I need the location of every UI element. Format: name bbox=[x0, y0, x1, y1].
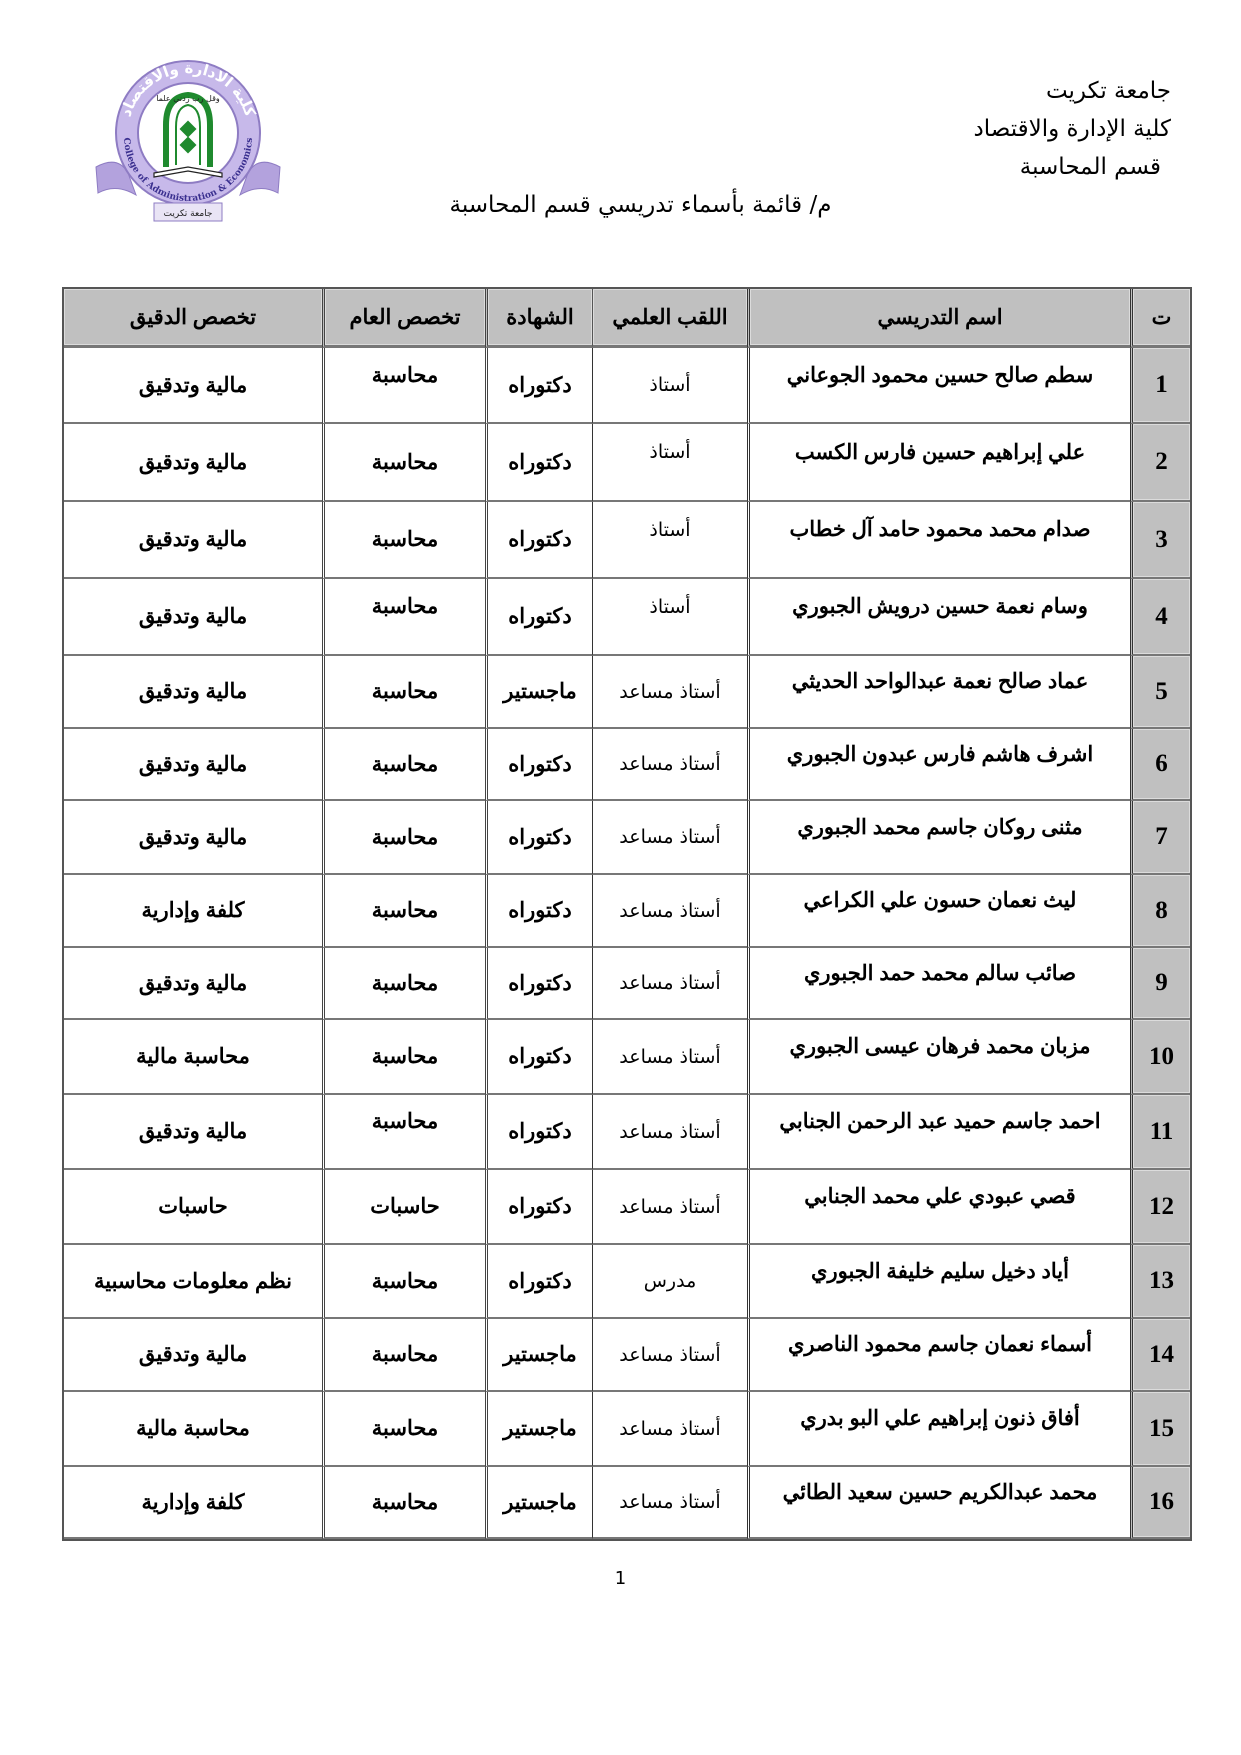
teacher-name: مزبان محمد فرهان عيسى الجبوري bbox=[747, 1020, 1130, 1095]
general-specialization-text: محاسبة bbox=[372, 528, 438, 551]
row-number: 10 bbox=[1130, 1020, 1190, 1095]
academic-title-text: أستاذ مساعد bbox=[619, 1046, 720, 1068]
fine-specialization: نظم معلومات محاسبية bbox=[64, 1245, 322, 1319]
degree-text: ماجستير bbox=[503, 1343, 577, 1366]
academic-title-text: أستاذ مساعد bbox=[619, 753, 720, 775]
general-specialization: محاسبة bbox=[322, 1467, 485, 1539]
letterhead: جامعة تكريت كلية الإدارة والاقتصاد قسم ا… bbox=[851, 72, 1171, 186]
header-no: ت bbox=[1130, 289, 1190, 348]
degree-text: دكتوراه bbox=[508, 1270, 572, 1293]
academic-title-text: أستاذ bbox=[649, 519, 690, 541]
academic-title: أستاذ مساعد bbox=[592, 1392, 747, 1467]
general-specialization-text: محاسبة bbox=[372, 899, 438, 922]
fine-specialization: مالية وتدقيق bbox=[64, 1095, 322, 1170]
row-number-text: 13 bbox=[1149, 1267, 1174, 1294]
page-number: 1 bbox=[0, 1568, 1241, 1589]
degree: دكتوراه bbox=[485, 1020, 592, 1095]
academic-title: أستاذ مساعد bbox=[592, 1095, 747, 1170]
general-specialization: محاسبة bbox=[322, 1020, 485, 1095]
table-row: 2علي إبراهيم حسين فارس الكسبأستاذدكتوراه… bbox=[64, 424, 1190, 502]
row-number: 4 bbox=[1130, 579, 1190, 656]
row-number-text: 12 bbox=[1149, 1193, 1174, 1220]
academic-title-text: أستاذ مساعد bbox=[619, 1344, 720, 1366]
academic-title: أستاذ مساعد bbox=[592, 801, 747, 875]
table-row: 7مثنى روكان جاسم محمد الجبوريأستاذ مساعد… bbox=[64, 801, 1190, 875]
row-number-text: 15 bbox=[1149, 1415, 1174, 1442]
table-header-row: ت اسم التدريسي اللقب العلمي الشهادة تخصص… bbox=[64, 289, 1190, 348]
general-specialization: محاسبة bbox=[322, 1095, 485, 1170]
fine-specialization-text: محاسبة مالية bbox=[136, 1045, 250, 1068]
row-number: 11 bbox=[1130, 1095, 1190, 1170]
row-number: 6 bbox=[1130, 729, 1190, 801]
fine-specialization-text: مالية وتدقيق bbox=[139, 826, 247, 849]
row-number-text: 7 bbox=[1155, 823, 1168, 850]
teacher-name: اشرف هاشم فارس عبدون الجبوري bbox=[747, 729, 1130, 801]
teacher-name-text: ليث نعمان حسون علي الكراعي bbox=[804, 889, 1077, 912]
academic-title: أستاذ مساعد bbox=[592, 729, 747, 801]
general-specialization-text: محاسبة bbox=[372, 680, 438, 703]
fine-specialization-text: مالية وتدقيق bbox=[139, 605, 247, 628]
general-specialization-text: محاسبة bbox=[372, 1110, 438, 1133]
teacher-name-text: علي إبراهيم حسين فارس الكسب bbox=[795, 441, 1085, 464]
fine-specialization: مالية وتدقيق bbox=[64, 729, 322, 801]
fine-specialization-text: مالية وتدقيق bbox=[139, 680, 247, 703]
general-specialization-text: محاسبة bbox=[372, 1417, 438, 1440]
header-name: اسم التدريسي bbox=[747, 289, 1130, 348]
degree: دكتوراه bbox=[485, 348, 592, 424]
general-specialization: محاسبة bbox=[322, 1319, 485, 1392]
row-number: 8 bbox=[1130, 875, 1190, 948]
row-number: 16 bbox=[1130, 1467, 1190, 1539]
teacher-name-text: اشرف هاشم فارس عبدون الجبوري bbox=[787, 743, 1093, 766]
general-specialization: محاسبة bbox=[322, 579, 485, 656]
academic-title-text: أستاذ bbox=[649, 374, 690, 396]
fine-specialization: مالية وتدقيق bbox=[64, 348, 322, 424]
general-specialization: محاسبة bbox=[322, 948, 485, 1020]
header-fine-specialization: تخصص الدقيق bbox=[64, 289, 322, 348]
academic-title-text: أستاذ bbox=[649, 596, 690, 618]
header-general-specialization: تخصص العام bbox=[322, 289, 485, 348]
teacher-name-text: وسام نعمة حسين درويش الجبوري bbox=[792, 595, 1088, 618]
degree-text: ماجستير bbox=[503, 680, 577, 703]
academic-title-text: أستاذ مساعد bbox=[619, 972, 720, 994]
general-specialization-text: محاسبة bbox=[372, 1491, 438, 1514]
teacher-name: احمد جاسم حميد عبد الرحمن الجنابي bbox=[747, 1095, 1130, 1170]
teacher-name: صائب سالم محمد حمد الجبوري bbox=[747, 948, 1130, 1020]
row-number-text: 14 bbox=[1149, 1341, 1174, 1368]
degree-text: دكتوراه bbox=[508, 605, 572, 628]
fine-specialization: محاسبة مالية bbox=[64, 1392, 322, 1467]
table-row: 5عماد صالح نعمة عبدالواحد الحديثيأستاذ م… bbox=[64, 656, 1190, 729]
degree: دكتوراه bbox=[485, 424, 592, 502]
row-number-text: 1 bbox=[1155, 371, 1168, 398]
table-row: 4وسام نعمة حسين درويش الجبوريأستاذدكتورا… bbox=[64, 579, 1190, 656]
teacher-name-text: مزبان محمد فرهان عيسى الجبوري bbox=[790, 1035, 1091, 1058]
row-number: 13 bbox=[1130, 1245, 1190, 1319]
teacher-name: محمد عبدالكريم حسين سعيد الطائي bbox=[747, 1467, 1130, 1539]
table-row: 11احمد جاسم حميد عبد الرحمن الجنابيأستاذ… bbox=[64, 1095, 1190, 1170]
row-number: 7 bbox=[1130, 801, 1190, 875]
table-row: 9صائب سالم محمد حمد الجبوريأستاذ مساعددك… bbox=[64, 948, 1190, 1020]
header-degree: الشهادة bbox=[485, 289, 592, 348]
fine-specialization: حاسبات bbox=[64, 1170, 322, 1245]
degree-text: دكتوراه bbox=[508, 1195, 572, 1218]
general-specialization-text: محاسبة bbox=[372, 595, 438, 618]
degree: دكتوراه bbox=[485, 502, 592, 579]
teacher-name: سطم صالح حسين محمود الجوعاني bbox=[747, 348, 1130, 424]
academic-title-text: أستاذ مساعد bbox=[619, 1418, 720, 1440]
degree-text: دكتوراه bbox=[508, 899, 572, 922]
degree: دكتوراه bbox=[485, 579, 592, 656]
row-number-text: 3 bbox=[1155, 526, 1168, 553]
teacher-name: أفاق ذنون إبراهيم علي البو بدري bbox=[747, 1392, 1130, 1467]
university-name: جامعة تكريت bbox=[851, 72, 1171, 110]
document-title: م/ قائمة بأسماء تدريسي قسم المحاسبة bbox=[0, 192, 1241, 218]
fine-specialization-text: محاسبة مالية bbox=[136, 1417, 250, 1440]
general-specialization: محاسبة bbox=[322, 502, 485, 579]
general-specialization-text: محاسبة bbox=[372, 753, 438, 776]
academic-title: مدرس bbox=[592, 1245, 747, 1319]
academic-title-text: أستاذ bbox=[649, 441, 690, 463]
teacher-name: علي إبراهيم حسين فارس الكسب bbox=[747, 424, 1130, 502]
row-number-text: 11 bbox=[1150, 1118, 1174, 1145]
degree-text: دكتوراه bbox=[508, 753, 572, 776]
fine-specialization-text: مالية وتدقيق bbox=[139, 1120, 247, 1143]
fine-specialization: مالية وتدقيق bbox=[64, 801, 322, 875]
fine-specialization-text: مالية وتدقيق bbox=[139, 753, 247, 776]
teacher-name-text: صائب سالم محمد حمد الجبوري bbox=[804, 962, 1076, 985]
fine-specialization-text: مالية وتدقيق bbox=[139, 374, 247, 397]
table-row: 3صدام محمد محمود حامد آل خطابأستاذدكتورا… bbox=[64, 502, 1190, 579]
academic-title: أستاذ bbox=[592, 502, 747, 579]
degree-text: دكتوراه bbox=[508, 826, 572, 849]
row-number: 2 bbox=[1130, 424, 1190, 502]
general-specialization-text: محاسبة bbox=[372, 364, 438, 387]
teacher-name-text: محمد عبدالكريم حسين سعيد الطائي bbox=[783, 1481, 1098, 1504]
fine-specialization: كلفة وإدارية bbox=[64, 875, 322, 948]
general-specialization: محاسبة bbox=[322, 424, 485, 502]
row-number-text: 10 bbox=[1149, 1043, 1174, 1070]
academic-title-text: أستاذ مساعد bbox=[619, 1196, 720, 1218]
degree: دكتوراه bbox=[485, 729, 592, 801]
degree-text: دكتوراه bbox=[508, 451, 572, 474]
teacher-name-text: عماد صالح نعمة عبدالواحد الحديثي bbox=[792, 670, 1089, 693]
teacher-name-text: سطم صالح حسين محمود الجوعاني bbox=[787, 364, 1093, 387]
fine-specialization: مالية وتدقيق bbox=[64, 502, 322, 579]
general-specialization: محاسبة bbox=[322, 801, 485, 875]
fine-specialization: مالية وتدقيق bbox=[64, 656, 322, 729]
teacher-name: ليث نعمان حسون علي الكراعي bbox=[747, 875, 1130, 948]
academic-title-text: أستاذ مساعد bbox=[619, 900, 720, 922]
svg-text:وقل رب زدني علما: وقل رب زدني علما bbox=[156, 94, 220, 103]
degree: دكتوراه bbox=[485, 948, 592, 1020]
general-specialization: محاسبة bbox=[322, 656, 485, 729]
degree: دكتوراه bbox=[485, 1095, 592, 1170]
teacher-name: صدام محمد محمود حامد آل خطاب bbox=[747, 502, 1130, 579]
degree-text: دكتوراه bbox=[508, 1120, 572, 1143]
degree-text: دكتوراه bbox=[508, 528, 572, 551]
department-name: قسم المحاسبة bbox=[851, 148, 1171, 186]
teacher-name-text: مثنى روكان جاسم محمد الجبوري bbox=[797, 816, 1082, 839]
degree-text: دكتوراه bbox=[508, 374, 572, 397]
academic-title: أستاذ مساعد bbox=[592, 656, 747, 729]
academic-title-text: أستاذ مساعد bbox=[619, 1491, 720, 1513]
table-row: 16محمد عبدالكريم حسين سعيد الطائيأستاذ م… bbox=[64, 1467, 1190, 1539]
table-row: 13أياد دخيل سليم خليفة الجبوريمدرسدكتورا… bbox=[64, 1245, 1190, 1319]
college-name: كلية الإدارة والاقتصاد bbox=[851, 110, 1171, 148]
row-number: 5 bbox=[1130, 656, 1190, 729]
general-specialization-text: حاسبات bbox=[370, 1195, 439, 1218]
fine-specialization: كلفة وإدارية bbox=[64, 1467, 322, 1539]
degree: ماجستير bbox=[485, 656, 592, 729]
fine-specialization: مالية وتدقيق bbox=[64, 1319, 322, 1392]
teacher-name: وسام نعمة حسين درويش الجبوري bbox=[747, 579, 1130, 656]
fine-specialization: محاسبة مالية bbox=[64, 1020, 322, 1095]
degree-text: ماجستير bbox=[503, 1417, 577, 1440]
table-row: 6اشرف هاشم فارس عبدون الجبوريأستاذ مساعد… bbox=[64, 729, 1190, 801]
table-row: 1سطم صالح حسين محمود الجوعانيأستاذدكتورا… bbox=[64, 348, 1190, 424]
table-row: 10مزبان محمد فرهان عيسى الجبوريأستاذ مسا… bbox=[64, 1020, 1190, 1095]
degree: ماجستير bbox=[485, 1319, 592, 1392]
row-number-text: 4 bbox=[1155, 603, 1168, 630]
degree-text: ماجستير bbox=[503, 1491, 577, 1514]
degree-text: دكتوراه bbox=[508, 972, 572, 995]
teacher-name-text: أسماء نعمان جاسم محمود الناصري bbox=[788, 1333, 1092, 1356]
academic-title: أستاذ مساعد bbox=[592, 1319, 747, 1392]
degree: دكتوراه bbox=[485, 1170, 592, 1245]
degree: دكتوراه bbox=[485, 801, 592, 875]
fine-specialization: مالية وتدقيق bbox=[64, 579, 322, 656]
teacher-name: عماد صالح نعمة عبدالواحد الحديثي bbox=[747, 656, 1130, 729]
row-number-text: 8 bbox=[1155, 897, 1168, 924]
row-number: 12 bbox=[1130, 1170, 1190, 1245]
academic-title-text: أستاذ مساعد bbox=[619, 681, 720, 703]
general-specialization-text: محاسبة bbox=[372, 826, 438, 849]
fine-specialization: مالية وتدقيق bbox=[64, 424, 322, 502]
academic-title: أستاذ bbox=[592, 348, 747, 424]
teacher-name-text: صدام محمد محمود حامد آل خطاب bbox=[789, 518, 1090, 541]
teacher-name-text: احمد جاسم حميد عبد الرحمن الجنابي bbox=[779, 1110, 1100, 1133]
general-specialization: محاسبة bbox=[322, 729, 485, 801]
academic-title-text: أستاذ مساعد bbox=[619, 826, 720, 848]
general-specialization-text: محاسبة bbox=[372, 972, 438, 995]
table-row: 12قصي عبودي علي محمد الجنابيأستاذ مساعدد… bbox=[64, 1170, 1190, 1245]
general-specialization-text: محاسبة bbox=[372, 1343, 438, 1366]
academic-title: أستاذ مساعد bbox=[592, 875, 747, 948]
table-row: 8ليث نعمان حسون علي الكراعيأستاذ مساعددك… bbox=[64, 875, 1190, 948]
teacher-name: أسماء نعمان جاسم محمود الناصري bbox=[747, 1319, 1130, 1392]
general-specialization: حاسبات bbox=[322, 1170, 485, 1245]
degree-text: دكتوراه bbox=[508, 1045, 572, 1068]
academic-title: أستاذ مساعد bbox=[592, 1467, 747, 1539]
teacher-name: قصي عبودي علي محمد الجنابي bbox=[747, 1170, 1130, 1245]
row-number-text: 5 bbox=[1155, 678, 1168, 705]
table-row: 15أفاق ذنون إبراهيم علي البو بدريأستاذ م… bbox=[64, 1392, 1190, 1467]
row-number-text: 9 bbox=[1155, 969, 1168, 996]
teacher-name-text: قصي عبودي علي محمد الجنابي bbox=[804, 1185, 1075, 1208]
general-specialization: محاسبة bbox=[322, 348, 485, 424]
row-number: 9 bbox=[1130, 948, 1190, 1020]
general-specialization-text: محاسبة bbox=[372, 451, 438, 474]
fine-specialization-text: مالية وتدقيق bbox=[139, 972, 247, 995]
row-number-text: 6 bbox=[1155, 750, 1168, 777]
teacher-name: مثنى روكان جاسم محمد الجبوري bbox=[747, 801, 1130, 875]
fine-specialization-text: مالية وتدقيق bbox=[139, 528, 247, 551]
academic-title: أستاذ مساعد bbox=[592, 1020, 747, 1095]
fine-specialization-text: نظم معلومات محاسبية bbox=[94, 1270, 292, 1293]
teacher-name-text: أفاق ذنون إبراهيم علي البو بدري bbox=[800, 1407, 1080, 1430]
academic-title: أستاذ مساعد bbox=[592, 1170, 747, 1245]
degree: دكتوراه bbox=[485, 875, 592, 948]
general-specialization: محاسبة bbox=[322, 1245, 485, 1319]
header-academic-title: اللقب العلمي bbox=[592, 289, 747, 348]
fine-specialization-text: كلفة وإدارية bbox=[141, 899, 244, 922]
general-specialization: محاسبة bbox=[322, 1392, 485, 1467]
fine-specialization: مالية وتدقيق bbox=[64, 948, 322, 1020]
row-number-text: 2 bbox=[1155, 448, 1168, 475]
academic-title: أستاذ bbox=[592, 424, 747, 502]
fine-specialization-text: كلفة وإدارية bbox=[141, 1491, 244, 1514]
row-number: 14 bbox=[1130, 1319, 1190, 1392]
table-row: 14أسماء نعمان جاسم محمود الناصريأستاذ مس… bbox=[64, 1319, 1190, 1392]
staff-table: ت اسم التدريسي اللقب العلمي الشهادة تخصص… bbox=[62, 287, 1192, 1541]
fine-specialization-text: مالية وتدقيق bbox=[139, 451, 247, 474]
academic-title: أستاذ bbox=[592, 579, 747, 656]
row-number: 15 bbox=[1130, 1392, 1190, 1467]
general-specialization-text: محاسبة bbox=[372, 1270, 438, 1293]
degree: ماجستير bbox=[485, 1467, 592, 1539]
academic-title-text: مدرس bbox=[644, 1270, 697, 1292]
fine-specialization-text: مالية وتدقيق bbox=[139, 1343, 247, 1366]
degree: دكتوراه bbox=[485, 1245, 592, 1319]
degree: ماجستير bbox=[485, 1392, 592, 1467]
teacher-name-text: أياد دخيل سليم خليفة الجبوري bbox=[811, 1260, 1069, 1283]
general-specialization: محاسبة bbox=[322, 875, 485, 948]
academic-title-text: أستاذ مساعد bbox=[619, 1121, 720, 1143]
row-number: 3 bbox=[1130, 502, 1190, 579]
teacher-name: أياد دخيل سليم خليفة الجبوري bbox=[747, 1245, 1130, 1319]
row-number: 1 bbox=[1130, 348, 1190, 424]
academic-title: أستاذ مساعد bbox=[592, 948, 747, 1020]
row-number-text: 16 bbox=[1149, 1488, 1174, 1515]
fine-specialization-text: حاسبات bbox=[158, 1195, 227, 1218]
general-specialization-text: محاسبة bbox=[372, 1045, 438, 1068]
